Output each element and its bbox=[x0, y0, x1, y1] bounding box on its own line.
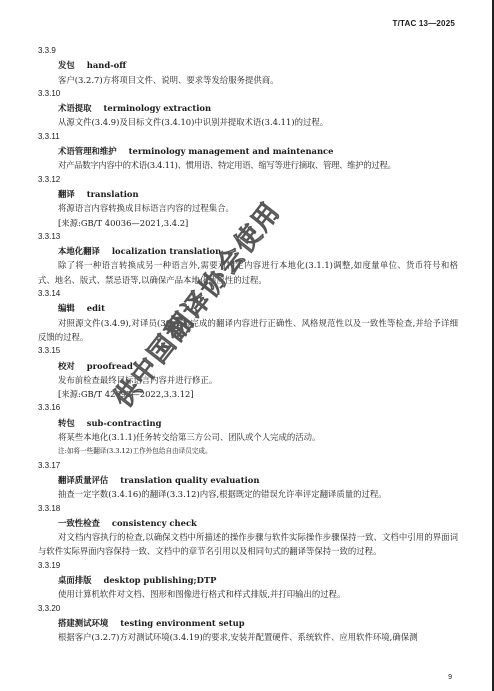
term-heading: 本地化翻译localization translation bbox=[38, 244, 458, 258]
term-en: edit bbox=[87, 303, 105, 313]
term-entry: 3.3.9 发包hand-off 客户(3.2.7)方将项目文件、说明、要求等发… bbox=[38, 44, 458, 87]
term-entry: 3.3.16 转包sub-contracting 将某些本地化(3.1.1)任务… bbox=[38, 401, 458, 458]
entry-number: 3.3.9 bbox=[38, 44, 458, 58]
entry-number: 3.3.15 bbox=[38, 344, 458, 358]
term-definition: 客户(3.2.7)方将项目文件、说明、要求等发给服务提供商。 bbox=[38, 73, 458, 87]
entry-number: 3.3.19 bbox=[38, 559, 458, 573]
term-heading: 一致性检查consistency check bbox=[38, 516, 458, 530]
term-note: 注:如将一些翻译(3.3.12)工作外包给自由译员完成。 bbox=[38, 444, 458, 458]
entry-number: 3.3.12 bbox=[38, 173, 458, 187]
entry-number: 3.3.10 bbox=[38, 87, 458, 101]
page-number: 9 bbox=[448, 674, 452, 681]
entry-number: 3.3.20 bbox=[38, 602, 458, 616]
entry-number: 3.3.18 bbox=[38, 502, 458, 516]
term-zh: 发包 bbox=[58, 60, 75, 70]
term-zh: 术语提取 bbox=[58, 103, 92, 113]
term-en: sub-contracting bbox=[87, 418, 162, 428]
term-zh: 本地化翻译 bbox=[58, 246, 100, 256]
term-entry: 3.3.20 搭建测试环境testing environment setup 根… bbox=[38, 602, 458, 645]
term-heading: 编辑edit bbox=[38, 301, 458, 315]
entry-number: 3.3.11 bbox=[38, 130, 458, 144]
term-entry: 3.3.17 翻译质量评估translation quality evaluat… bbox=[38, 459, 458, 502]
entry-number: 3.3.17 bbox=[38, 459, 458, 473]
term-entry: 3.3.12 翻译translation 将源语言内容转换成目标语言内容的过程集… bbox=[38, 173, 458, 230]
terms-content: 3.3.9 发包hand-off 客户(3.2.7)方将项目文件、说明、要求等发… bbox=[38, 44, 458, 644]
entry-number: 3.3.16 bbox=[38, 401, 458, 415]
source-citation: [来源:GB/T 42092—2022,3.3.12] bbox=[38, 387, 458, 401]
term-definition: 对文档内容执行的检查,以确保文档中所描述的操作步骤与软件实际操作步骤保持一致、文… bbox=[38, 530, 458, 559]
term-heading: 桌面排版desktop publishing;DTP bbox=[38, 573, 458, 587]
term-entry: 3.3.10 术语提取terminology extraction 从源文件(3… bbox=[38, 87, 458, 130]
term-zh: 术语管理和维护 bbox=[58, 146, 117, 156]
source-citation: [来源:GB/T 40036—2021,3.4.2] bbox=[38, 216, 458, 230]
document-code: T/TAC 13—2025 bbox=[393, 19, 455, 28]
term-en: proofread bbox=[87, 361, 133, 371]
term-en: translation quality evaluation bbox=[120, 475, 259, 485]
term-heading: 翻译translation bbox=[38, 187, 458, 201]
term-zh: 翻译 bbox=[58, 189, 75, 199]
term-entry: 3.3.19 桌面排版desktop publishing;DTP 使用计算机软… bbox=[38, 559, 458, 602]
term-heading: 搭建测试环境testing environment setup bbox=[38, 616, 458, 630]
term-zh: 一致性检查 bbox=[58, 518, 100, 528]
term-zh: 转包 bbox=[58, 418, 75, 428]
term-zh: 翻译质量评估 bbox=[58, 475, 108, 485]
term-en: consistency check bbox=[112, 518, 197, 528]
term-en: hand-off bbox=[87, 60, 126, 70]
term-zh: 校对 bbox=[58, 361, 75, 371]
term-zh: 搭建测试环境 bbox=[58, 618, 108, 628]
term-heading: 术语提取terminology extraction bbox=[38, 101, 458, 115]
term-en: terminology extraction bbox=[104, 103, 212, 113]
term-entry: 3.3.15 校对proofread 发布前检查最终目标语言内容并进行修正。 [… bbox=[38, 344, 458, 401]
term-definition: 对产品数字内容中的术语(3.4.11)、惯用语、特定用语、缩写等进行摘取、管理、… bbox=[38, 158, 458, 172]
term-definition: 根据客户(3.2.7)方对测试环境(3.4.19)的要求,安装并配置硬件、系统软… bbox=[38, 630, 458, 644]
term-definition: 抽查一定字数(3.4.16)的翻译(3.3.12)内容,根据既定的错误允许率评定… bbox=[38, 487, 458, 501]
entry-number: 3.3.14 bbox=[38, 287, 458, 301]
term-heading: 校对proofread bbox=[38, 359, 458, 373]
term-heading: 翻译质量评估translation quality evaluation bbox=[38, 473, 458, 487]
term-definition: 发布前检查最终目标语言内容并进行修正。 bbox=[38, 373, 458, 387]
term-definition: 将某些本地化(3.1.1)任务转交给第三方公司、团队或个人完成的活动。 bbox=[38, 430, 458, 444]
term-definition: 从源文件(3.4.9)及目标文件(3.4.10)中识别并提取术语(3.4.11)… bbox=[38, 115, 458, 129]
term-en: localization translation bbox=[112, 246, 221, 256]
term-en: terminology management and maintenance bbox=[129, 146, 334, 156]
document-page: T/TAC 13—2025 3.3.9 发包hand-off 客户(3.2.7)… bbox=[0, 0, 492, 691]
term-heading: 发包hand-off bbox=[38, 58, 458, 72]
term-definition: 除了将一种语言转换成另一种语言外,需要对特定内容进行本地化(3.1.1)调整,如… bbox=[38, 258, 458, 287]
term-entry: 3.3.13 本地化翻译localization translation 除了将… bbox=[38, 230, 458, 287]
entry-number: 3.3.13 bbox=[38, 230, 458, 244]
term-entry: 3.3.14 编辑edit 对照源文件(3.4.9),对译员(3.2.21)完成… bbox=[38, 287, 458, 344]
term-zh: 编辑 bbox=[58, 303, 75, 313]
term-entry: 3.3.18 一致性检查consistency check 对文档内容执行的检查… bbox=[38, 502, 458, 559]
term-definition: 对照源文件(3.4.9),对译员(3.2.21)完成的翻译内容进行正确性、风格规… bbox=[38, 316, 458, 345]
term-heading: 转包sub-contracting bbox=[38, 416, 458, 430]
term-en: translation bbox=[87, 189, 139, 199]
term-heading: 术语管理和维护terminology management and mainte… bbox=[38, 144, 458, 158]
term-definition: 将源语言内容转换成目标语言内容的过程集合。 bbox=[38, 201, 458, 215]
term-entry: 3.3.11 术语管理和维护terminology management and… bbox=[38, 130, 458, 173]
term-zh: 桌面排版 bbox=[58, 575, 92, 585]
term-en: testing environment setup bbox=[120, 618, 244, 628]
term-en: desktop publishing;DTP bbox=[104, 575, 217, 585]
term-definition: 使用计算机软件对文档、图形和图像进行格式和样式排版,并打印输出的过程。 bbox=[38, 587, 458, 601]
